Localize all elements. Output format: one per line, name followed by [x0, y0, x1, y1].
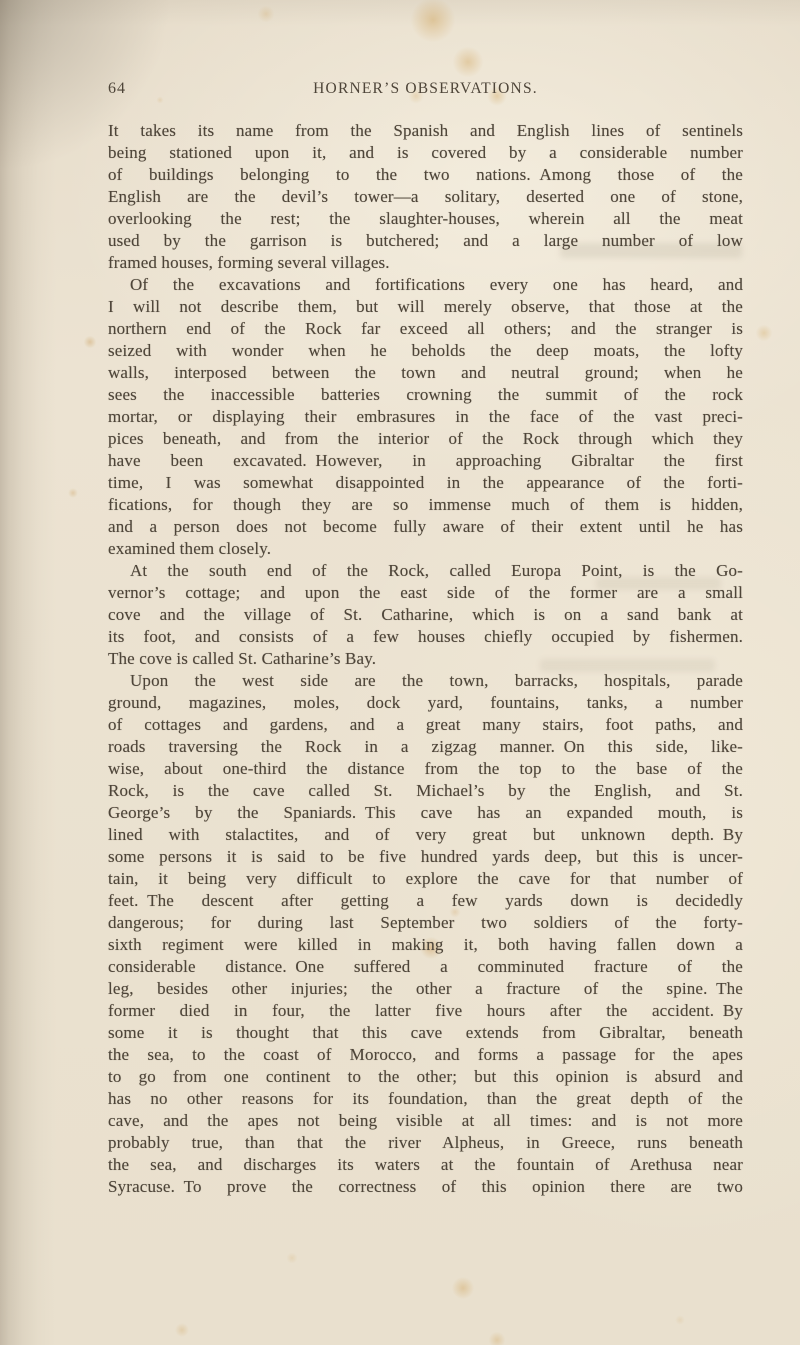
text-line: time, I was somewhat disappointed in the…: [108, 472, 743, 494]
text-line: northern end of the Rock far exceed all …: [108, 318, 743, 340]
text-line: dangerous; for during last September two…: [108, 912, 743, 934]
text-line: roads traversing the Rock in a zigzag ma…: [108, 736, 743, 758]
text-line: cove and the village of St. Catharine, w…: [108, 604, 743, 626]
paragraph: At the south end of the Rock, called Eur…: [108, 560, 743, 670]
text-line: English are the devil’s tower—a solitary…: [108, 186, 743, 208]
text-line: ground, magazines, moles, dock yard, fou…: [108, 692, 743, 714]
text-line: It takes its name from the Spanish and E…: [108, 120, 743, 142]
text-line: some persons it is said to be five hundr…: [108, 846, 743, 868]
paragraph: Upon the west side are the town, barrack…: [108, 670, 743, 1198]
text-line: has no other reasons for its foundation,…: [108, 1088, 743, 1110]
text-line: Rock, is the cave called St. Michael’s b…: [108, 780, 743, 802]
text-line: overlooking the rest; the slaughter-hous…: [108, 208, 743, 230]
running-head: 64 HORNER’S OBSERVATIONS.: [108, 80, 743, 100]
text-line: The cove is called St. Catharine’s Bay.: [108, 648, 743, 670]
text-line: probably true, than that the river Alphe…: [108, 1132, 743, 1154]
text-line: the sea, and discharges its waters at th…: [108, 1154, 743, 1176]
text-line: and a person does not become fully aware…: [108, 516, 743, 538]
text-line: of buildings belonging to the two nation…: [108, 164, 743, 186]
text-line: used by the garrison is butchered; and a…: [108, 230, 743, 252]
text-line: sees the inaccessible batteries crowning…: [108, 384, 743, 406]
text-line: of cottages and gardens, and a great man…: [108, 714, 743, 736]
text-line: some it is thought that this cave extend…: [108, 1022, 743, 1044]
text-line: considerable distance. One suffered a co…: [108, 956, 743, 978]
text-line: examined them closely.: [108, 538, 743, 560]
text-line: former died in four, the latter five hou…: [108, 1000, 743, 1022]
text-line: framed houses, forming several villages.: [108, 252, 743, 274]
text-line: fications, for though they are so immens…: [108, 494, 743, 516]
page-text: It takes its name from the Spanish and E…: [108, 120, 743, 1198]
text-line: George’s by the Spaniards. This cave has…: [108, 802, 743, 824]
text-line: seized with wonder when he beholds the d…: [108, 340, 743, 362]
text-line: feet. The descent after getting a few ya…: [108, 890, 743, 912]
text-line: the sea, to the coast of Morocco, and fo…: [108, 1044, 743, 1066]
running-header-title: HORNER’S OBSERVATIONS.: [108, 80, 743, 97]
text-line: lined with stalactites, and of very grea…: [108, 824, 743, 846]
text-line: its foot, and consists of a few houses c…: [108, 626, 743, 648]
text-line: have been excavated. However, in approac…: [108, 450, 743, 472]
paragraph: It takes its name from the Spanish and E…: [108, 120, 743, 274]
text-line: mortar, or displaying their embrasures i…: [108, 406, 743, 428]
text-line: tain, it being very difficult to explore…: [108, 868, 743, 890]
text-line: leg, besides other injuries; the other a…: [108, 978, 743, 1000]
paragraph: Of the excavations and fortifications ev…: [108, 274, 743, 560]
text-line: walls, interposed between the town and n…: [108, 362, 743, 384]
text-line: cave, and the apes not being visible at …: [108, 1110, 743, 1132]
text-line: pices beneath, and from the interior of …: [108, 428, 743, 450]
text-line: to go from one continent to the other; b…: [108, 1066, 743, 1088]
text-line: I will not describe them, but will merel…: [108, 296, 743, 318]
book-page-scan: 64 HORNER’S OBSERVATIONS. It takes its n…: [0, 0, 800, 1345]
text-line: vernor’s cottage; and upon the east side…: [108, 582, 743, 604]
text-line: Upon the west side are the town, barrack…: [108, 670, 743, 692]
text-line: wise, about one-third the distance from …: [108, 758, 743, 780]
text-line: At the south end of the Rock, called Eur…: [108, 560, 743, 582]
text-line: Of the excavations and fortifications ev…: [108, 274, 743, 296]
text-line: Syracuse. To prove the correctness of th…: [108, 1176, 743, 1198]
text-line: being stationed upon it, and is covered …: [108, 142, 743, 164]
page-number: 64: [108, 80, 126, 97]
text-line: sixth regiment were killed in making it,…: [108, 934, 743, 956]
